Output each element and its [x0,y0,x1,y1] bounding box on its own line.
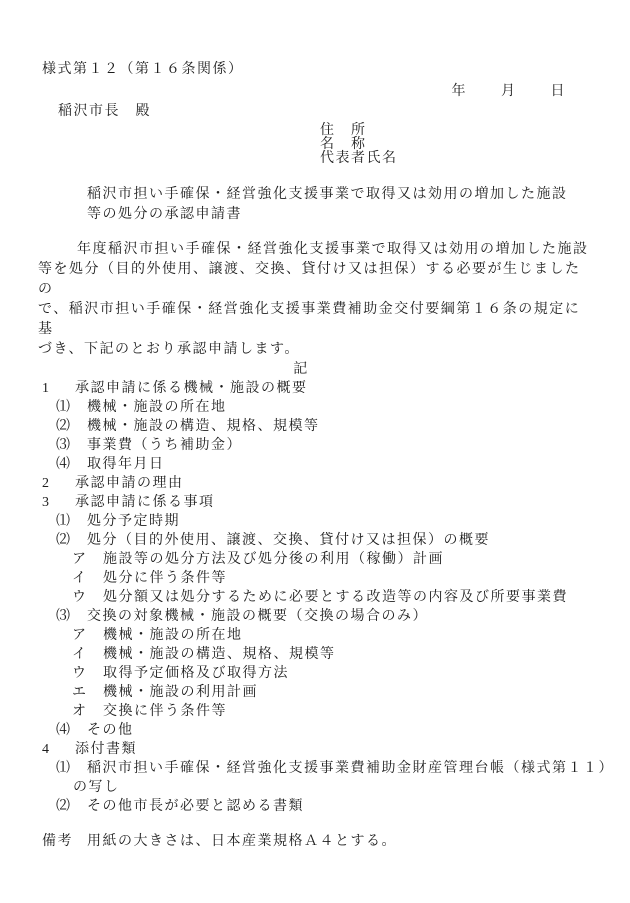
outline-item: イ処分に伴う条件等 [72,569,590,588]
outline-item: ⑶交換の対象機械・施設の概要（交換の場合のみ） [56,607,590,626]
outline-text: 処分（目的外使用、譲渡、交換、貸付け又は担保）の概要 [87,531,490,550]
outline-marker: ア [72,550,103,569]
outline-text: 交換の対象機械・施設の概要（交換の場合のみ） [87,607,428,626]
outline-text: その他市長が必要と認める書類 [87,797,304,816]
applicant-address-label: 住 所 [320,124,590,138]
outline-item: 2承認申請の理由 [42,474,590,493]
month-label: 月 [501,82,517,102]
outline-text: 機械・施設の所在地 [103,626,243,645]
outline-item: 4添付書類 [42,740,590,759]
outline-text: 取得年月日 [87,455,165,474]
outline-item: ウ処分額又は処分するために必要とする改造等の内容及び所要事業費 [72,588,590,607]
outline-text: 処分額又は処分するために必要とする改造等の内容及び所要事業費 [103,588,568,607]
body-line: 年度稲沢市担い手確保・経営強化支援事業で取得又は効用の増加した施設 [38,240,590,260]
outline-text: 承認申請に係る機械・施設の概要 [75,379,308,398]
outline-text: 機械・施設の所在地 [87,398,227,417]
document-title: 稲沢市担い手確保・経営強化支援事業で取得又は効用の増加した施設 等の処分の承認申… [87,185,590,225]
applicant-representative-label: 代表者氏名 [320,152,590,166]
outline-item: ⑵処分（目的外使用、譲渡、交換、貸付け又は担保）の概要 [56,531,590,550]
outline-text: の写し [73,778,120,797]
outline-item: ⑴稲沢市担い手確保・経営強化支援事業費補助金財産管理台帳（様式第１１） [56,759,590,778]
remarks: 備考 用紙の大きさは、日本産業規格Ａ４とする。 [42,832,590,852]
outline-text: 取得予定価格及び取得方法 [103,664,289,683]
outline-item: オ交換に伴う条件等 [72,702,590,721]
outline-text: 承認申請の理由 [75,474,184,493]
outline-item: ⑷取得年月日 [56,455,590,474]
outline-marker: イ [72,645,103,664]
form-number: 様式第１２（第１６条関係） [42,60,590,80]
outline-item-continuation: の写し [73,778,590,797]
outline-marker: 4 [42,740,75,759]
outline-item: ア施設等の処分方法及び処分後の利用（稼働）計画 [72,550,590,569]
outline-marker: エ [72,683,103,702]
outline-marker: ウ [72,664,103,683]
outline-marker: ⑵ [56,531,87,550]
outline-item: ⑵機械・施設の構造、規格、規模等 [56,417,590,436]
body-line: づき、下記のとおり承認申請します。 [38,340,590,360]
document-page: 様式第１２（第１６条関係） 年 月 日 稲沢市長 殿 住 所 名 称 代表者氏名… [0,0,630,903]
outline-text: その他 [87,721,134,740]
outline-marker: イ [72,569,103,588]
outline-text: 処分に伴う条件等 [103,569,227,588]
outline-item: ⑷その他 [56,721,590,740]
outline-marker: 1 [42,379,75,398]
outline-item: 1承認申請に係る機械・施設の概要 [42,379,590,398]
outline-text: 事業費（うち補助金） [87,436,242,455]
outline-marker: ⑵ [56,797,87,816]
outline-marker: ⑶ [56,436,87,455]
outline-text: 施設等の処分方法及び処分後の利用（稼働）計画 [103,550,444,569]
day-label: 日 [551,82,567,102]
outline-text: 承認申請に係る事項 [75,493,215,512]
outline-item: ウ取得予定価格及び取得方法 [72,664,590,683]
outline-item: ⑴処分予定時期 [56,512,590,531]
outline-marker: ア [72,626,103,645]
outline-marker: ⑴ [56,512,87,531]
outline-item: ア機械・施設の所在地 [72,626,590,645]
outline-item: ⑴機械・施設の所在地 [56,398,590,417]
outline-marker: ウ [72,588,103,607]
body-line: で、稲沢市担い手確保・経営強化支援事業費補助金交付要綱第１６条の規定に基 [38,300,590,340]
applicant-block: 住 所 名 称 代表者氏名 [320,124,590,166]
ki-heading: 記 [42,360,560,379]
outline-marker: ⑴ [56,398,87,417]
outline-marker: 2 [42,474,75,493]
outline-text: 添付書類 [75,740,137,759]
outline-marker: ⑷ [56,721,87,740]
outline-list: 1承認申請に係る機械・施設の概要 ⑴機械・施設の所在地 ⑵機械・施設の構造、規格… [42,379,590,816]
outline-marker: ⑴ [56,759,87,778]
outline-text: 機械・施設の構造、規格、規模等 [103,645,336,664]
body-paragraph: 年度稲沢市担い手確保・経営強化支援事業で取得又は効用の増加した施設 等を処分（目… [38,240,590,360]
addressee: 稲沢市長 殿 [58,102,590,122]
outline-item: イ機械・施設の構造、規格、規模等 [72,645,590,664]
year-label: 年 [452,82,468,102]
outline-marker: ⑵ [56,417,87,436]
date-line: 年 月 日 [42,82,590,102]
remarks-label: 備考 [42,832,87,852]
outline-item: エ機械・施設の利用計画 [72,683,590,702]
outline-item: 3承認申請に係る事項 [42,493,590,512]
outline-marker: ⑶ [56,607,87,626]
document-title-line1: 稲沢市担い手確保・経営強化支援事業で取得又は効用の増加した施設 [87,185,590,205]
outline-text: 交換に伴う条件等 [103,702,227,721]
outline-marker: ⑷ [56,455,87,474]
remarks-text: 用紙の大きさは、日本産業規格Ａ４とする。 [87,832,397,852]
outline-marker: 3 [42,493,75,512]
outline-item: ⑵その他市長が必要と認める書類 [56,797,590,816]
applicant-name-label: 名 称 [320,138,590,152]
outline-marker: オ [72,702,103,721]
outline-text: 機械・施設の利用計画 [103,683,258,702]
outline-text: 稲沢市担い手確保・経営強化支援事業費補助金財産管理台帳（様式第１１） [87,759,614,778]
outline-text: 機械・施設の構造、規格、規模等 [87,417,320,436]
outline-item: ⑶事業費（うち補助金） [56,436,590,455]
outline-text: 処分予定時期 [87,512,180,531]
document-title-line2: 等の処分の承認申請書 [87,205,590,225]
body-line: 等を処分（目的外使用、譲渡、交換、貸付け又は担保）する必要が生じましたの [38,260,590,300]
